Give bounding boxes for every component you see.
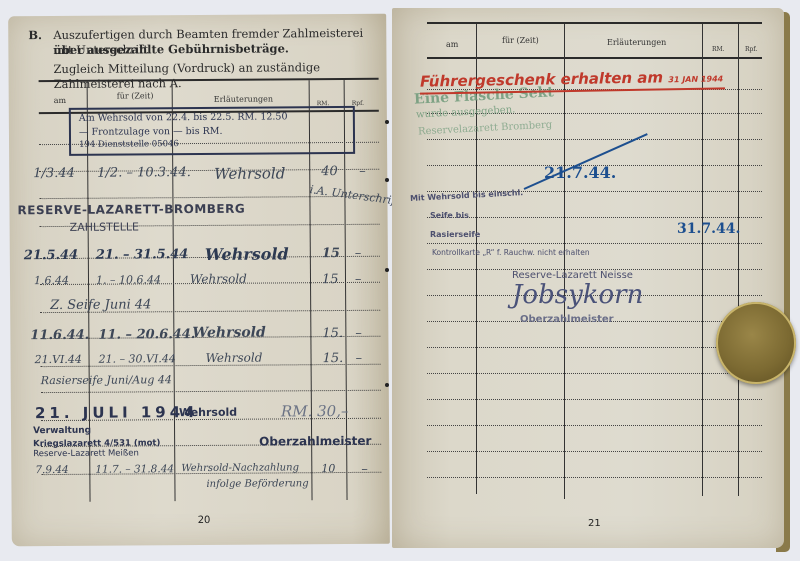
entry-rm: 15. — [322, 351, 343, 366]
binding-stitch — [385, 268, 389, 272]
handwritten-amount: RM. 30,– — [281, 402, 349, 420]
entry-desc: Wehrsold — [190, 272, 247, 286]
handwritten-note-seife: Z. Seife Juni 44 — [50, 297, 151, 313]
header-line-2: über ausgezahlte Gebührnisbeträge. — [53, 41, 289, 58]
entry-rpf: – — [355, 351, 362, 366]
oberzahlmeister-stamp: Oberzahlmeister — [520, 314, 614, 325]
col-am: am — [446, 40, 458, 49]
page-number: 20 — [198, 515, 211, 526]
verwaltung-stamp: Verwaltung — [33, 426, 91, 436]
entry-desc: Wehrsold — [192, 325, 265, 342]
entry-date: 7.9.44 — [35, 464, 68, 476]
col-am: am — [54, 96, 66, 105]
handwritten-signature: i.A. Unterschrift — [309, 183, 401, 208]
oberzahlmeister-stamp: Oberzahlmeister — [259, 434, 371, 449]
settlement-rasierseife-label: Rasierseife — [430, 230, 480, 239]
box-row-2: — Frontzulage von — bis RM. — [79, 126, 223, 138]
col-zeit: für (Zeit) — [502, 36, 539, 45]
handwritten-note-befoerderung: infolge Beförderung — [206, 478, 308, 490]
col-erlaeuterungen: Erläuterungen — [214, 94, 273, 103]
row-line — [427, 477, 762, 478]
entry-period: 21. – 30.VI.44 — [99, 352, 176, 366]
entry-date: 1/3.44 — [33, 166, 75, 181]
entry-date: 1.6.44 — [34, 274, 69, 287]
settlement-kontrollkarte-label: Kontrollkarte „R“ f. Rauchw. nicht erhal… — [432, 248, 590, 257]
binding-stitch — [385, 178, 389, 182]
reserve-lazarett-bromberg-stamp: RESERVE-LAZARETT-BROMBERG — [17, 202, 245, 218]
entry-period: 1/2. – 10.3.44. — [97, 165, 191, 181]
entry-period: 11.7. – 31.8.44 — [95, 463, 174, 476]
page-number: 21 — [588, 518, 601, 529]
entry-rpf: – — [355, 246, 362, 261]
kriegslazarett-stamp: Kriegslazarett 4/531 (mot) — [33, 438, 160, 449]
entry-desc: Wehrsold-Nachzahlung — [181, 462, 299, 474]
right-page: am für (Zeit) Erläuterungen RM. Rpf. Ein… — [392, 8, 784, 548]
green-stamp-line-3: Reservelazarett Bromberg — [418, 119, 553, 137]
entry-rm: 15. — [322, 326, 343, 341]
col-rm: RM. — [712, 46, 725, 53]
fuehrergeschenk-text: Führergeschenk erhalten am — [420, 68, 663, 90]
entry-date: 21.5.44 — [24, 248, 78, 263]
row-line — [427, 425, 762, 426]
section-marker: B. — [28, 28, 42, 43]
entry-period: 11. – 20.6.44. — [98, 327, 195, 343]
binding-stitch — [385, 383, 389, 387]
row-line — [427, 217, 762, 218]
officer-signature: Jobsykorn — [512, 280, 643, 310]
entry-date: 21.VI.44 — [35, 353, 82, 366]
binding-stitch — [385, 120, 389, 124]
table-top-rule — [427, 22, 762, 24]
entry-rpf: – — [361, 462, 368, 477]
entry-date: 11.6.44. — [30, 328, 89, 343]
settlement-wehrsold-date: 21.7.44. — [544, 163, 616, 182]
zahlstelle-stamp: ZAHLSTELLE — [70, 220, 139, 233]
settlement-seife-label: Seife bis — [430, 211, 469, 220]
col-zeit: für (Zeit) — [117, 91, 154, 100]
entry-rm: 10 — [321, 462, 335, 475]
settlement-kontrollkarte-date: 31.7.44. — [677, 221, 740, 237]
entry-rpf: – — [359, 164, 366, 179]
date-stamp-wehrsold: Wehrsold — [179, 406, 237, 419]
reserve-lazarett-meissen-stamp: Reserve-Lazarett Meißen — [33, 448, 139, 459]
green-stamp-line-2: wurde ausgegeben. — [416, 104, 516, 120]
col-erlaeuterungen: Erläuterungen — [607, 38, 666, 47]
box-row-1: Am Wehrsold von 22.4. bis 22.5. RM. 12.5… — [79, 111, 288, 123]
table-header-rule — [427, 57, 762, 59]
date-stamp-21-juli-1944: 21. JULI 1944 — [35, 403, 199, 422]
row-line — [427, 243, 762, 244]
entry-rpf: – — [355, 272, 362, 287]
entry-rm: 15 — [322, 272, 339, 287]
entry-desc: Wehrsold — [205, 351, 262, 365]
row-line — [427, 451, 762, 452]
wehrsold-box-stamp: Am Wehrsold von 22.4. bis 22.5. RM. 12.5… — [69, 106, 355, 156]
entry-desc: Wehrsold — [214, 164, 285, 182]
entry-rm: 40 — [321, 164, 338, 179]
row-line — [427, 347, 762, 348]
fuehrergeschenk-date: 31 JAN 1944 — [668, 74, 723, 84]
row-line — [41, 390, 381, 393]
entry-desc: Wehrsold — [205, 244, 289, 264]
left-page: B. Auszufertigen durch Beamten fremder Z… — [8, 14, 390, 547]
row-line — [427, 139, 762, 140]
entry-period: 21. – 31.5.44 — [96, 247, 189, 263]
coin — [716, 302, 796, 384]
header-line-3: Zugleich Mitteilung (Vordruck) an zustän… — [53, 60, 386, 92]
entry-rm: 15 — [322, 246, 340, 261]
col-divider — [564, 24, 565, 499]
fuehrergeschenk-stamp: Führergeschenk erhalten am 31 JAN 1944 — [420, 67, 723, 90]
entry-period: 1. – 10.6.44 — [96, 273, 161, 286]
entry-rpf: – — [355, 326, 362, 341]
row-line — [427, 399, 762, 400]
row-line — [427, 373, 762, 374]
handwritten-note-rasierseife: Rasierseife Juni/Aug 44 — [41, 373, 172, 387]
box-row-3: 194 Dienststelle 05046 — [79, 139, 179, 150]
col-rpf: Rpf. — [745, 46, 757, 53]
